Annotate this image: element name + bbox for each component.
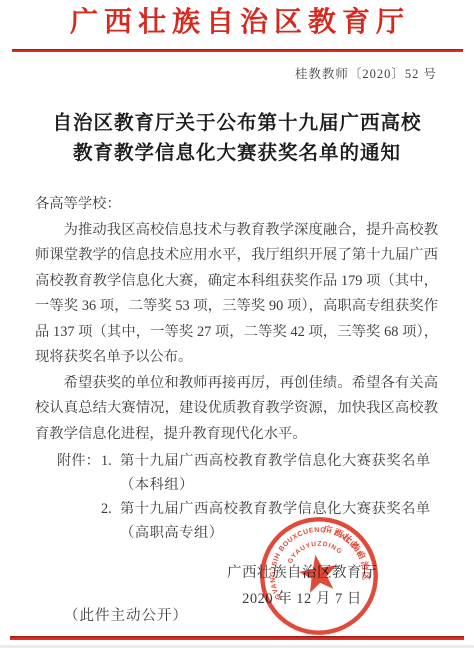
- header-rule: [12, 49, 463, 52]
- attachments-label: 附件：: [57, 449, 101, 473]
- footer-note: （此件主动公开）: [64, 606, 188, 626]
- document-page: 广西壮族自治区教育厅 桂教教师〔2020〕52 号 自治区教育厅关于公布第十九届…: [0, 0, 474, 648]
- doc-number: 桂教教师〔2020〕52 号: [0, 66, 437, 83]
- official-seal: GVANGJSIH BOUXCUENGH SWCIGIH 广西壮族自治区教育厅 …: [256, 513, 382, 639]
- paragraph-1: 为推动我区高校信息技术与教育教学深度融合，提升高校教师课堂教学的信息技术应用水平…: [35, 218, 438, 371]
- attachment-1-number: 1.: [101, 449, 120, 473]
- attachment-1-group: （本科组）: [120, 473, 438, 497]
- seal-star-icon: [296, 552, 340, 595]
- notice-title-line2: 教育教学信息化大赛获奖名单的通知: [0, 139, 474, 169]
- attachment-1-name: 第十九届广西高校教育教学信息化大赛获奖名单: [120, 449, 438, 473]
- salutation: 各高等学校：: [35, 192, 438, 218]
- attachment-row-1: 附件： 1. 第十九届广西高校教育教学信息化大赛获奖名单: [57, 449, 438, 473]
- attachment-2-number: 2.: [101, 497, 120, 521]
- bottom-rule: [10, 636, 464, 640]
- notice-title: 自治区教育厅关于公布第十九届广西高校 教育教学信息化大赛获奖名单的通知: [0, 109, 474, 169]
- agency-header: 广西壮族自治区教育厅: [0, 6, 474, 40]
- notice-body: 各高等学校： 为推动我区高校信息技术与教育教学深度融合，提升高校教师课堂教学的信…: [35, 192, 438, 545]
- attachment-row-1-group: （本科组）: [57, 473, 438, 497]
- notice-title-line1: 自治区教育厅关于公布第十九届广西高校: [0, 109, 474, 139]
- paragraph-2: 希望获奖的单位和教师再接再厉，再创佳绩。希望各有关高校认真总结大赛情况，建设优质…: [35, 371, 438, 448]
